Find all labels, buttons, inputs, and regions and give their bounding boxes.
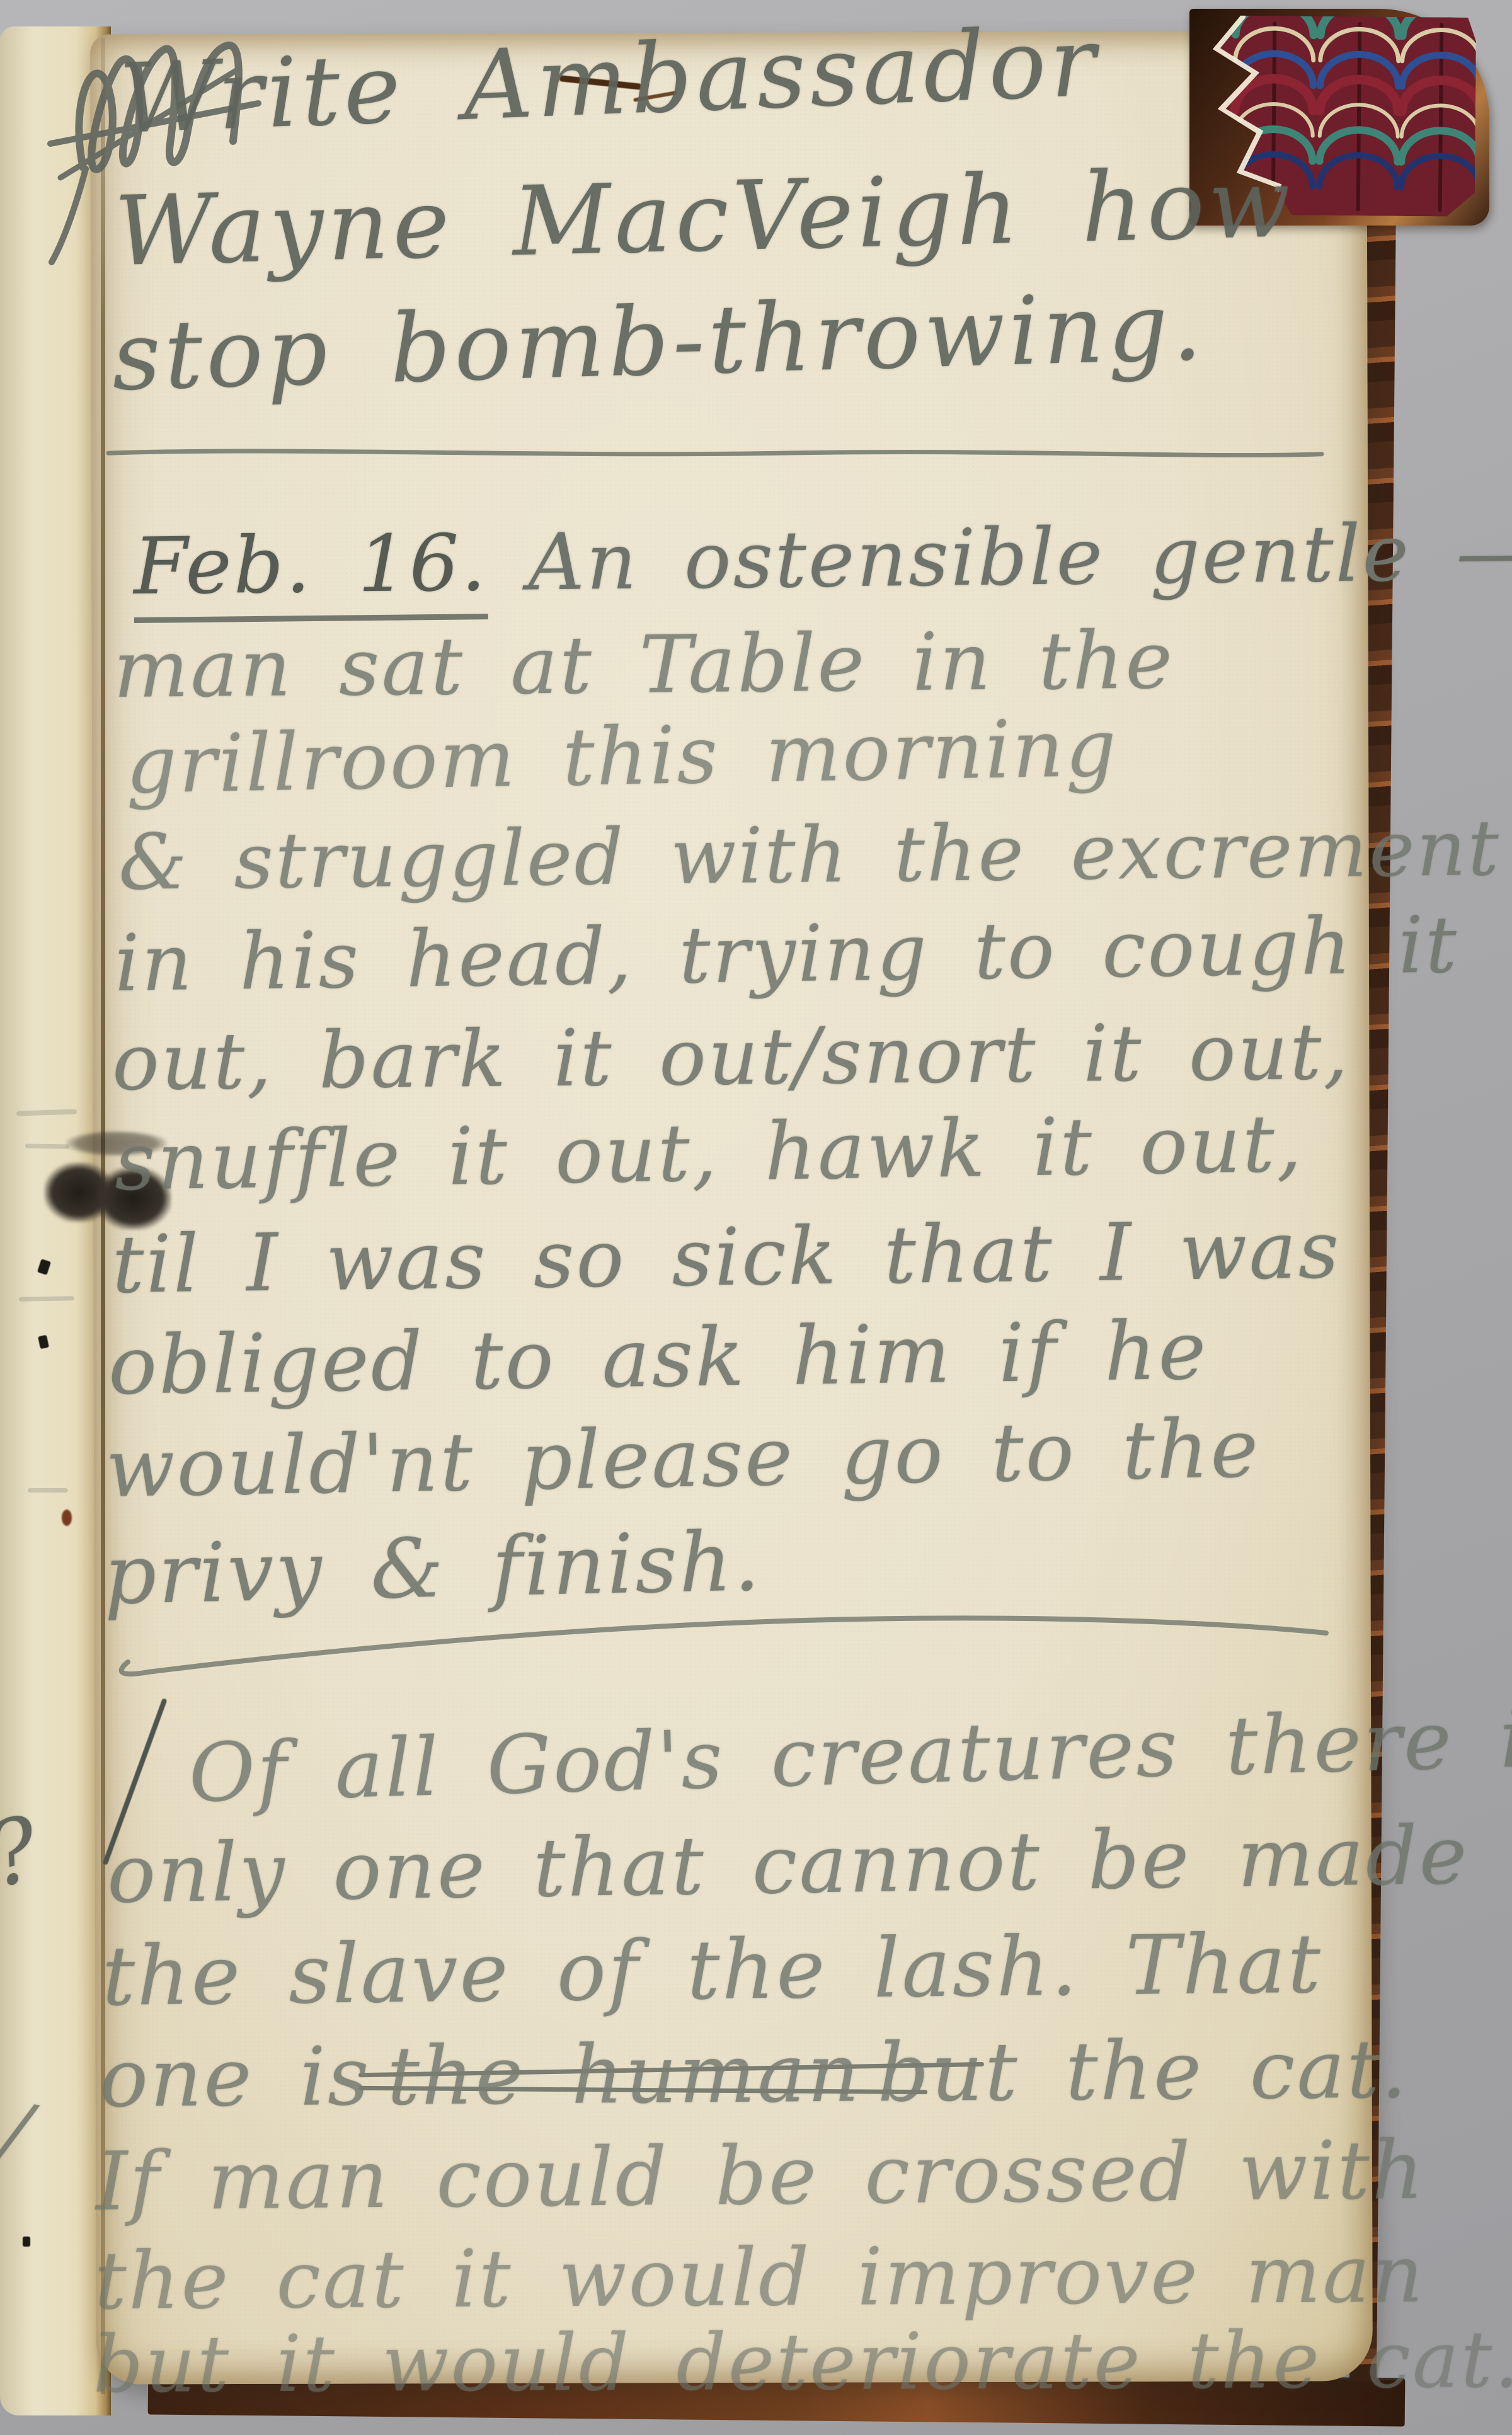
flourish-rule bbox=[110, 1588, 1345, 1682]
struck-text: the human bbox=[387, 2027, 861, 2124]
entry-date: Feb. 16. bbox=[133, 518, 488, 623]
cat-line-3: the slave of the lash. That bbox=[101, 1923, 1322, 2017]
entry-line-8: til I was so sick that I was bbox=[112, 1210, 1341, 1305]
stitch-hole bbox=[23, 2237, 30, 2247]
rust-spot bbox=[62, 1510, 72, 1526]
notebook-photo: Write Ambassador Wayne MacVeigh how stop… bbox=[0, 0, 1512, 2435]
entry-line-2: man sat at Table in the bbox=[113, 621, 1174, 709]
entry-line-3: grillroom this morning bbox=[125, 709, 1119, 805]
cat-line-5: If man could be crossed with bbox=[95, 2131, 1426, 2223]
entry-line-5: in his head, trying to cough it bbox=[114, 906, 1459, 1003]
entry-line-1: An ostensible gentle — bbox=[527, 507, 1512, 609]
cat-line-4-pre: one is bbox=[99, 2030, 371, 2126]
offset-ghost-mark bbox=[28, 1488, 68, 1493]
entry-line-4: & struggled with the excrement bbox=[118, 810, 1501, 901]
cat-line-4: one isthe humanbut the cat. bbox=[100, 2029, 1409, 2119]
entry-line-10: would'nt please go to the bbox=[105, 1409, 1261, 1510]
entry-line-7: snuffle it out, hawk it out, bbox=[114, 1104, 1304, 1202]
memo-line-2: Wayne MacVeigh how bbox=[113, 155, 1295, 280]
cat-line-4-post: but the cat. bbox=[877, 2022, 1409, 2120]
cat-line-2: only one that cannot be made bbox=[106, 1816, 1469, 1915]
memo-line-3: stop bomb-throwing. bbox=[111, 280, 1207, 404]
offset-ghost-mark bbox=[25, 1143, 69, 1149]
cat-line-7: but it would deteriorate the cat. bbox=[93, 2321, 1512, 2404]
entry-line-9: obliged to ask him if he bbox=[108, 1311, 1208, 1407]
cat-line-6: the cat it would improve man bbox=[94, 2235, 1425, 2321]
entry-line-6: out, bark it out/snort it out, bbox=[112, 1013, 1350, 1102]
